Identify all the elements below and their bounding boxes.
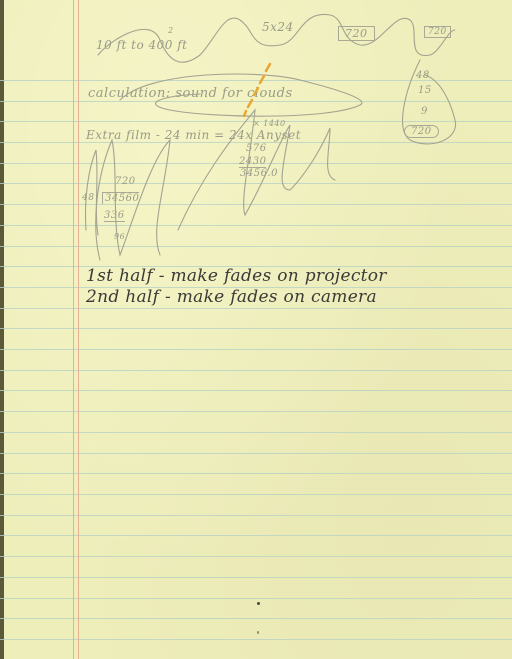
ruled-line: [0, 225, 512, 226]
pencil-note-extra-film: Extra film - 24 min = 24x Anyset: [86, 128, 301, 142]
pencil-div-sub: 336: [104, 210, 125, 222]
pencil-boxed-720-a: 720: [338, 26, 375, 41]
ruled-line: [0, 473, 512, 474]
pencil-note-distance: 10 ft to 400 ft: [96, 38, 188, 52]
ruled-line: [0, 183, 512, 184]
ruled-line: [0, 515, 512, 516]
ruled-line: [0, 411, 512, 412]
ruled-line: [0, 639, 512, 640]
margin-line-left: [73, 0, 74, 659]
ruled-line: [0, 390, 512, 391]
pencil-mult-1: 576: [246, 143, 267, 154]
pencil-superscript: 2: [168, 26, 174, 35]
ruled-line: [0, 453, 512, 454]
ruled-line: [0, 618, 512, 619]
ink-note-second-half: 2nd half - make fades on camera: [86, 287, 377, 307]
pencil-div-divisor: 48: [82, 193, 94, 203]
ruled-line: [0, 349, 512, 350]
pencil-mult-2: 2430: [239, 156, 266, 168]
pencil-div-dividend: 34560: [102, 192, 139, 204]
ruled-line: [0, 556, 512, 557]
pencil-boxed-720-b: 720: [424, 26, 451, 38]
ruled-line: [0, 535, 512, 536]
ruled-line: [0, 101, 512, 102]
pencil-div-quotient: 720: [115, 176, 136, 187]
margin-line-right: [78, 0, 79, 659]
pencil-col-720: 720: [404, 125, 439, 138]
ruled-line: [0, 370, 512, 371]
ink-speck: [257, 602, 260, 605]
pencil-mult-3: 3456.0: [240, 168, 278, 179]
ink-note-first-half: 1st half - make fades on projector: [86, 266, 387, 286]
ruled-line: [0, 246, 512, 247]
ruled-line: [0, 577, 512, 578]
ink-speck: [257, 631, 259, 634]
ruled-line: [0, 204, 512, 205]
pencil-col-9: 9: [421, 106, 428, 117]
legal-pad-page: 10 ft to 400 ft 2 5x24 720 720 calculati…: [0, 0, 512, 659]
pencil-col-15: 15: [418, 85, 432, 96]
ruled-line: [0, 328, 512, 329]
ruled-line: [0, 80, 512, 81]
ruled-line: [0, 598, 512, 599]
page-binding-edge: [0, 0, 4, 659]
pencil-col-48: 48: [416, 70, 430, 81]
pencil-note-5x24: 5x24: [262, 20, 294, 34]
pencil-note-calculation: calculation: sound for clouds: [88, 86, 293, 101]
pencil-mult-top: × 1440: [253, 119, 286, 128]
ruled-line: [0, 432, 512, 433]
ruled-line: [0, 494, 512, 495]
ruled-line: [0, 308, 512, 309]
pencil-div-remainder: 96: [114, 232, 125, 241]
